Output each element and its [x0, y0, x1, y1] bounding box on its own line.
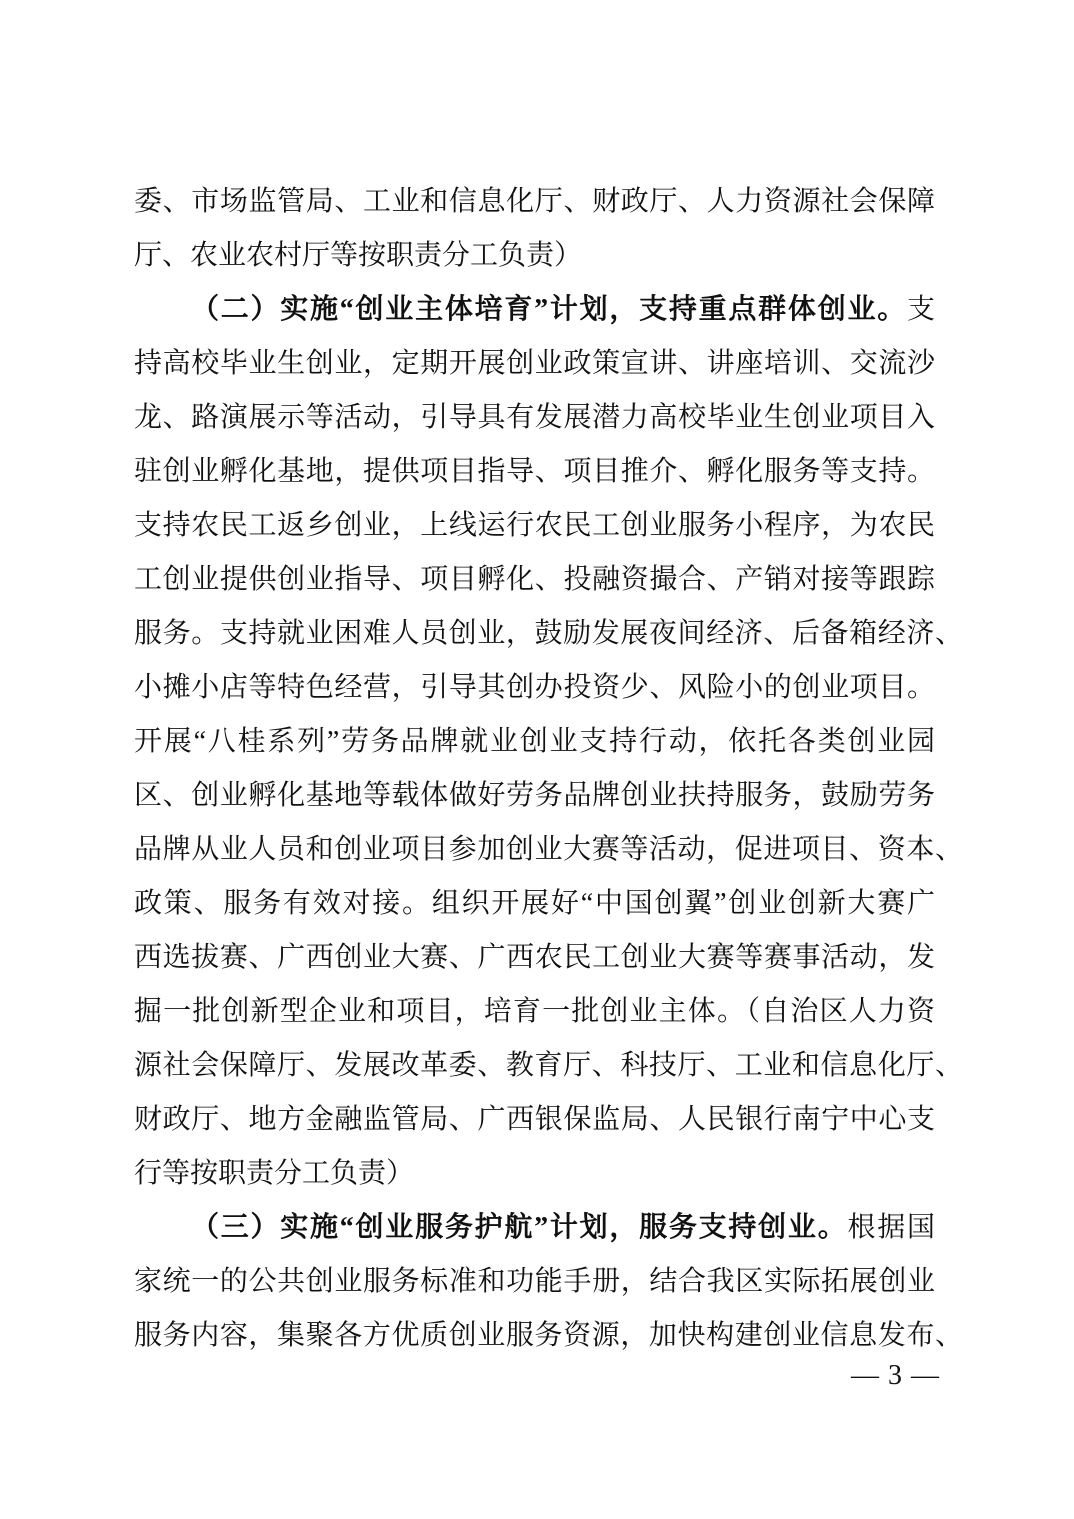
text-line: 龙、路演展示等活动，引导具有发展潜力高校毕业生创业项目入 — [134, 391, 935, 445]
text-line: 服务。支持就业困难人员创业，鼓励发展夜间经济、后备箱经济、 — [134, 607, 935, 661]
body-text: 品牌从业人员和创业项目参加创业大赛等活动，促进项目、资本 — [134, 834, 935, 865]
text-line: 财政厅、地方金融监管局、广西银保监局、人民银行南宁中心支 — [134, 1093, 935, 1147]
text-line: 服务内容，集聚各方优质创业服务资源，加快构建创业信息发布、 — [134, 1309, 935, 1363]
text-line: 源社会保障厅、发展改革委、教育厅、科技厅、工业和信息化厅、 — [134, 1039, 935, 1093]
text-line: 委、市场监管局、工业和信息化厅、财政厅、人力资源社会保障 — [134, 175, 935, 229]
text-line: 家统一的公共创业服务标准和功能手册，结合我区实际拓展创业 — [134, 1255, 935, 1309]
body-text: 源社会保障厅、发展改革委、教育厅、科技厅、工业和信息化厅 — [134, 1050, 935, 1081]
body-text: 龙、路演展示等活动，引导具有发展潜力高校毕业生创业项目入 — [134, 402, 935, 433]
document-body: 委、市场监管局、工业和信息化厅、财政厅、人力资源社会保障厅、农业农村厅等按职责分… — [134, 175, 935, 1363]
body-text: 委、市场监管局、工业和信息化厅、财政厅、人力资源社会保障 — [134, 186, 935, 217]
body-text: 行等按职责分工负责） — [134, 1158, 414, 1189]
body-text: 财政厅、地方金融监管局、广西银保监局、人民银行南宁中心支 — [134, 1104, 935, 1135]
body-text: 根据国 — [847, 1212, 935, 1243]
text-line: 西选拔赛、广西创业大赛、广西农民工创业大赛等赛事活动，发 — [134, 931, 935, 985]
text-line: 开展“八桂系列”劳务品牌就业创业支持行动，依托各类创业园 — [134, 715, 935, 769]
body-text: 支持农民工返乡创业，上线运行农民工创业服务小程序，为农民 — [134, 510, 935, 541]
body-text: 西选拔赛、广西创业大赛、广西农民工创业大赛等赛事活动，发 — [134, 942, 935, 973]
text-line: 品牌从业人员和创业项目参加创业大赛等活动，促进项目、资本、 — [134, 823, 935, 877]
heading-text: （三）实施“创业服务护航”计划，服务支持创业。 — [191, 1212, 847, 1243]
text-line: （三）实施“创业服务护航”计划，服务支持创业。根据国 — [134, 1201, 935, 1255]
body-text: 服务内容，集聚各方优质创业服务资源，加快构建创业信息发布 — [134, 1320, 935, 1351]
body-text: 开展“八桂系列”劳务品牌就业创业支持行动，依托各类创业园 — [134, 726, 935, 757]
text-line: 驻创业孵化基地，提供项目指导、项目推介、孵化服务等支持。 — [134, 445, 935, 499]
body-text: 持高校毕业生创业，定期开展创业政策宣讲、讲座培训、交流沙 — [134, 348, 935, 379]
body-text: 支 — [907, 294, 935, 325]
document-page: 委、市场监管局、工业和信息化厅、财政厅、人力资源社会保障厅、农业农村厅等按职责分… — [0, 0, 1074, 1519]
text-line: 持高校毕业生创业，定期开展创业政策宣讲、讲座培训、交流沙 — [134, 337, 935, 391]
heading-text: （二）实施“创业主体培育”计划，支持重点群体创业。 — [191, 294, 907, 325]
body-text: 小摊小店等特色经营，引导其创办投资少、风险小的创业项目。 — [134, 672, 935, 703]
body-text: 驻创业孵化基地，提供项目指导、项目推介、孵化服务等支持。 — [134, 456, 935, 487]
text-line: 厅、农业农村厅等按职责分工负责） — [134, 229, 935, 283]
body-text: 家统一的公共创业服务标准和功能手册，结合我区实际拓展创业 — [134, 1266, 935, 1297]
body-text: 掘一批创新型企业和项目，培育一批创业主体。（自治区人力资 — [134, 996, 935, 1027]
body-text: 工创业提供创业指导、项目孵化、投融资撮合、产销对接等跟踪 — [134, 564, 935, 595]
page-number: — 3 — — [851, 1356, 940, 1396]
text-line: 支持农民工返乡创业，上线运行农民工创业服务小程序，为农民 — [134, 499, 935, 553]
text-line: 掘一批创新型企业和项目，培育一批创业主体。（自治区人力资 — [134, 985, 935, 1039]
text-line: （二）实施“创业主体培育”计划，支持重点群体创业。支 — [134, 283, 935, 337]
body-text: 区、创业孵化基地等载体做好劳务品牌创业扶持服务，鼓励劳务 — [134, 780, 935, 811]
body-text: 厅、农业农村厅等按职责分工负责） — [134, 240, 582, 271]
text-line: 政策、服务有效对接。组织开展好“中国创翼”创业创新大赛广 — [134, 877, 935, 931]
text-line: 行等按职责分工负责） — [134, 1147, 935, 1201]
text-line: 工创业提供创业指导、项目孵化、投融资撮合、产销对接等跟踪 — [134, 553, 935, 607]
text-line: 区、创业孵化基地等载体做好劳务品牌创业扶持服务，鼓励劳务 — [134, 769, 935, 823]
text-line: 小摊小店等特色经营，引导其创办投资少、风险小的创业项目。 — [134, 661, 935, 715]
body-text: 服务。支持就业困难人员创业，鼓励发展夜间经济、后备箱经济 — [134, 618, 935, 649]
body-text: 政策、服务有效对接。组织开展好“中国创翼”创业创新大赛广 — [134, 888, 935, 919]
